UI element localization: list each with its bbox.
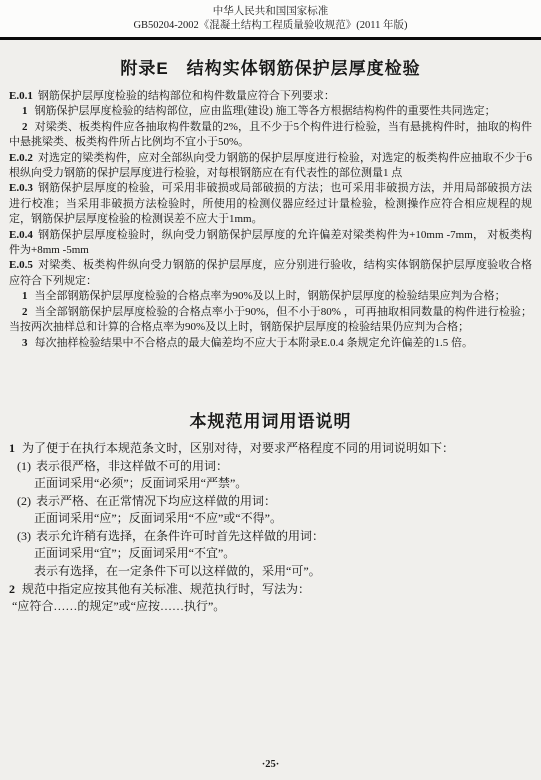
clause-e05-item-1: 1当全部钢筋保护层厚度检验的合格点率为90%及以上时，钢筋保护层厚度的检验结果应… xyxy=(9,289,532,304)
terms-title: 本规范用词用语说明 xyxy=(0,351,541,432)
clause-e05-item-3: 3每次抽样检验结果中不合格点的最大偏差均不应大于本附录E.0.4 条规定允许偏差… xyxy=(9,336,532,351)
clause-e03-label: E.0.3 xyxy=(9,182,33,194)
clause-e04-text: 钢筋保护层厚度检验时，纵向受力钢筋保护层厚度的允许偏差对梁类构件为+10mm -… xyxy=(9,229,532,256)
terms-quote: “应符合……的规定”或“应按……执行”。 xyxy=(9,598,532,616)
terms-body: 1为了便于在执行本规范条文时，区别对待，对要求严格程度不同的用词说明如下： (1… xyxy=(0,432,541,616)
terms-item-1: 1为了便于在执行本规范条文时，区别对待，对要求严格程度不同的用词说明如下： xyxy=(9,440,532,458)
terms-item-2: 2规范中指定应按其他有关标准、规范执行时，写法为： xyxy=(9,581,532,599)
appendix-title: 附录E 结构实体钢筋保护层厚度检验 xyxy=(0,40,541,79)
terms-sub-2: (2)表示严格、在正常情况下均应这样做的用词： xyxy=(9,493,532,511)
header-standard-name: 中华人民共和国国家标准 xyxy=(0,5,541,19)
clause-e05: E.0.5对梁类、板类构件纵向受力钢筋的保护层厚度，应分别进行验收，结构实体钢筋… xyxy=(9,258,532,289)
clause-e04: E.0.4钢筋保护层厚度检验时，纵向受力钢筋保护层厚度的允许偏差对梁类构件为+1… xyxy=(9,228,532,259)
clause-e03: E.0.3钢筋保护层厚度的检验，可采用非破损或局部破损的方法；也可采用非破损方法… xyxy=(9,181,532,227)
terms-sub-1-text: 表示很严格，非这样做不可的用词： xyxy=(36,459,228,473)
terms-sub-2-text: 表示严格、在正常情况下均应这样做的用词： xyxy=(36,494,276,508)
terms-sub-3-text: 表示允许稍有选择，在条件许可时首先这样做的用词： xyxy=(36,529,324,543)
clause-e05-item-2-num: 2 xyxy=(22,306,28,318)
clause-e05-item-2: 2当全部钢筋保护层厚度检验的合格点率小于90%，但不小于80% ，可再抽取相同数… xyxy=(9,305,532,336)
terms-detail-4: 表示有选择，在一定条件下可以这样做的，采用“可”。 xyxy=(9,563,532,581)
clause-e05-item-1-num: 1 xyxy=(22,290,28,302)
clause-e01-item-2-text: 对梁类、板类构件应各抽取构件数量的2%，且不少于5个构件进行检验，当有悬挑构件时… xyxy=(9,121,532,148)
terms-item-2-text: 规范中指定应按其他有关标准、规范执行时，写法为： xyxy=(22,582,310,596)
terms-item-1-text: 为了便于在执行本规范条文时，区别对待，对要求严格程度不同的用词说明如下： xyxy=(22,441,454,455)
terms-detail-1: 正面词采用“必须”；反面词采用“严禁”。 xyxy=(9,475,532,493)
clause-e02: E.0.2对选定的梁类构件，应对全部纵向受力钢筋的保护层厚度进行检验，对选定的板… xyxy=(9,151,532,182)
clause-e05-item-1-text: 当全部钢筋保护层厚度检验的合格点率为90%及以上时，钢筋保护层厚度的检验结果应判… xyxy=(35,290,506,302)
clause-e05-text: 对梁类、板类构件纵向受力钢筋的保护层厚度，应分别进行验收，结构实体钢筋保护层厚度… xyxy=(9,259,532,286)
clause-e01-text: 钢筋保护层厚度检验的结构部位和构件数量应符合下列要求： xyxy=(38,90,335,102)
page-number: ·25· xyxy=(0,759,541,770)
terms-detail-2: 正面词采用“应”；反面词采用“不应”或“不得”。 xyxy=(9,510,532,528)
document-header: 中华人民共和国国家标准 GB50204-2002《混凝土结构工程质量验收规范》(… xyxy=(0,0,541,40)
clause-e05-item-2-text: 当全部钢筋保护层厚度检验的合格点率小于90%，但不小于80% ，可再抽取相同数量… xyxy=(9,306,532,333)
clause-e05-item-3-num: 3 xyxy=(22,337,28,349)
clause-e01: E.0.1钢筋保护层厚度检验的结构部位和构件数量应符合下列要求： xyxy=(9,89,532,104)
clause-e01-item-2: 2对梁类、板类构件应各抽取构件数量的2%，且不少于5个构件进行检验，当有悬挑构件… xyxy=(9,120,532,151)
terms-sub-3-num: (3) xyxy=(17,529,31,543)
clause-e02-label: E.0.2 xyxy=(9,152,33,164)
clause-e04-label: E.0.4 xyxy=(9,229,33,241)
clause-e01-item-1-num: 1 xyxy=(22,105,28,117)
clause-e03-text: 钢筋保护层厚度的检验，可采用非破损或局部破损的方法；也可采用非破损方法，并用局部… xyxy=(9,182,532,225)
document-page: 中华人民共和国国家标准 GB50204-2002《混凝土结构工程质量验收规范》(… xyxy=(0,0,541,780)
clause-e01-label: E.0.1 xyxy=(9,90,33,102)
clause-e01-item-1: 1钢筋保护层厚度检验的结构部位，应由监理(建设) 施工等各方根据结构构件的重要性… xyxy=(9,104,532,119)
terms-sub-1-num: (1) xyxy=(17,459,31,473)
appendix-body: E.0.1钢筋保护层厚度检验的结构部位和构件数量应符合下列要求： 1钢筋保护层厚… xyxy=(0,79,541,351)
clause-e05-item-3-text: 每次抽样检验结果中不合格点的最大偏差均不应大于本附录E.0.4 条规定允许偏差的… xyxy=(35,337,473,349)
terms-sub-3: (3)表示允许稍有选择，在条件许可时首先这样做的用词： xyxy=(9,528,532,546)
clause-e05-label: E.0.5 xyxy=(9,259,33,271)
terms-detail-3: 正面词采用“宜”；反面词采用“不宜”。 xyxy=(9,545,532,563)
terms-item-2-num: 2 xyxy=(9,582,15,596)
terms-item-1-num: 1 xyxy=(9,441,15,455)
clause-e02-text: 对选定的梁类构件，应对全部纵向受力钢筋的保护层厚度进行检验，对选定的板类构件应抽… xyxy=(9,152,532,179)
terms-sub-1: (1)表示很严格，非这样做不可的用词： xyxy=(9,458,532,476)
clause-e01-item-2-num: 2 xyxy=(22,121,28,133)
terms-sub-2-num: (2) xyxy=(17,494,31,508)
clause-e01-item-1-text: 钢筋保护层厚度检验的结构部位，应由监理(建设) 施工等各方根据结构构件的重要性共… xyxy=(35,105,496,117)
header-standard-code: GB50204-2002《混凝土结构工程质量验收规范》(2011 年版) xyxy=(0,19,541,33)
